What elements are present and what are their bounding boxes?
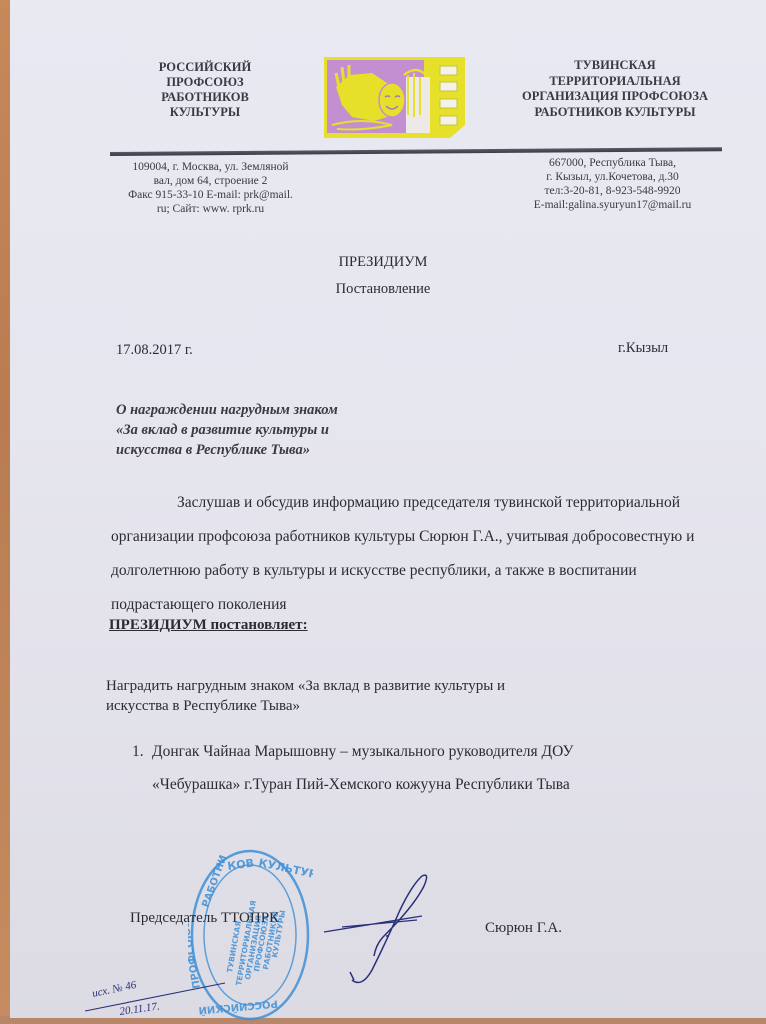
svg-text:КОВ: КОВ bbox=[227, 856, 255, 873]
letterhead-left-org: РОССИЙСКИЙ ПРОФСОЮЗ РАБОТНИКОВ КУЛЬТУРЫ bbox=[135, 60, 275, 120]
signatory-name: Сюрюн Г.А. bbox=[485, 920, 562, 937]
award-intro: Наградить нагрудным знаком «За вклад в р… bbox=[106, 676, 666, 716]
document-subject: О награждении нагрудным знаком «За вклад… bbox=[116, 400, 436, 460]
list-number: 1. bbox=[132, 735, 152, 768]
org-line: ОРГАНИЗАЦИЯ ПРОФСОЮЗА bbox=[500, 89, 730, 105]
org-line: ПРОФСОЮЗ bbox=[135, 75, 275, 90]
resolution-heading: ПРЕЗИДИУМ постановляет: bbox=[109, 617, 308, 634]
address-line: 667000, Республика Тыва, bbox=[505, 156, 720, 170]
award-recipient: Донгак Чайнаа Марышовну – музыкального р… bbox=[152, 743, 573, 760]
org-line: РОССИЙСКИЙ bbox=[135, 60, 275, 75]
svg-text:КУЛЬТУРЫ: КУЛЬТУРЫ bbox=[257, 856, 313, 883]
document-date: 17.08.2017 г. bbox=[116, 342, 193, 359]
org-line: ТУВИНСКАЯ bbox=[500, 58, 730, 74]
award-intro-line: искусства в Республике Тыва» bbox=[106, 696, 666, 716]
org-line: РАБОТНИКОВ bbox=[135, 90, 275, 105]
address-line: E-mail:galina.syuryun17@mail.ru bbox=[505, 198, 720, 212]
handwritten-signature-icon bbox=[322, 872, 437, 987]
subject-line: О награждении нагрудным знаком bbox=[116, 400, 436, 420]
address-line: г. Кызыл, ул.Кочетова, д.30 bbox=[505, 170, 720, 184]
letterhead-right-org: ТУВИНСКАЯ ТЕРРИТОРИАЛЬНАЯ ОРГАНИЗАЦИЯ ПР… bbox=[500, 58, 730, 120]
theatre-mask-lyre-logo-icon bbox=[322, 55, 467, 140]
award-intro-line: Наградить нагрудным знаком «За вклад в р… bbox=[106, 676, 666, 696]
address-line: 109004, г. Москва, ул. Земляной bbox=[108, 160, 313, 174]
award-list-item: 1.Донгак Чайнаа Марышовну – музыкального… bbox=[132, 735, 692, 801]
address-line: Факс 915-33-10 E-mail: prk@mail. bbox=[108, 188, 313, 202]
signatory-position: Председатель ТТОПРК bbox=[130, 910, 279, 927]
award-recipient-workplace: «Чебурашка» г.Туран Пий-Хемского кожууна… bbox=[132, 768, 692, 801]
address-line: тел:3-20-81, 8-923-548-9920 bbox=[505, 184, 720, 198]
org-line: ТЕРРИТОРИАЛЬНАЯ bbox=[500, 74, 730, 90]
body-paragraph: Заслушав и обсудив информацию председате… bbox=[111, 486, 731, 622]
handwritten-outgoing-number: исх. № 46 20.11.17. bbox=[85, 975, 235, 1020]
subject-line: «За вклад в развитие культуры и bbox=[116, 420, 436, 440]
svg-text:исх. № 46: исх. № 46 bbox=[91, 979, 138, 1000]
document-city: г.Кызыл bbox=[618, 340, 668, 357]
desk-edge bbox=[0, 0, 10, 1024]
document-subtitle: Постановление bbox=[0, 281, 766, 298]
document-title: ПРЕЗИДИУМ bbox=[0, 254, 766, 271]
subject-line: искусства в Республике Тыва» bbox=[116, 440, 436, 460]
address-line: вал, дом 64, строение 2 bbox=[108, 174, 313, 188]
body-text: Заслушав и обсудив информацию председате… bbox=[111, 494, 694, 613]
org-line: КУЛЬТУРЫ bbox=[135, 105, 275, 120]
org-line: РАБОТНИКОВ КУЛЬТУРЫ bbox=[500, 105, 730, 121]
address-line: ru; Сайт: www. rprk.ru bbox=[108, 202, 313, 216]
right-address: 667000, Республика Тыва, г. Кызыл, ул.Ко… bbox=[505, 156, 720, 212]
left-address: 109004, г. Москва, ул. Земляной вал, дом… bbox=[108, 160, 313, 216]
